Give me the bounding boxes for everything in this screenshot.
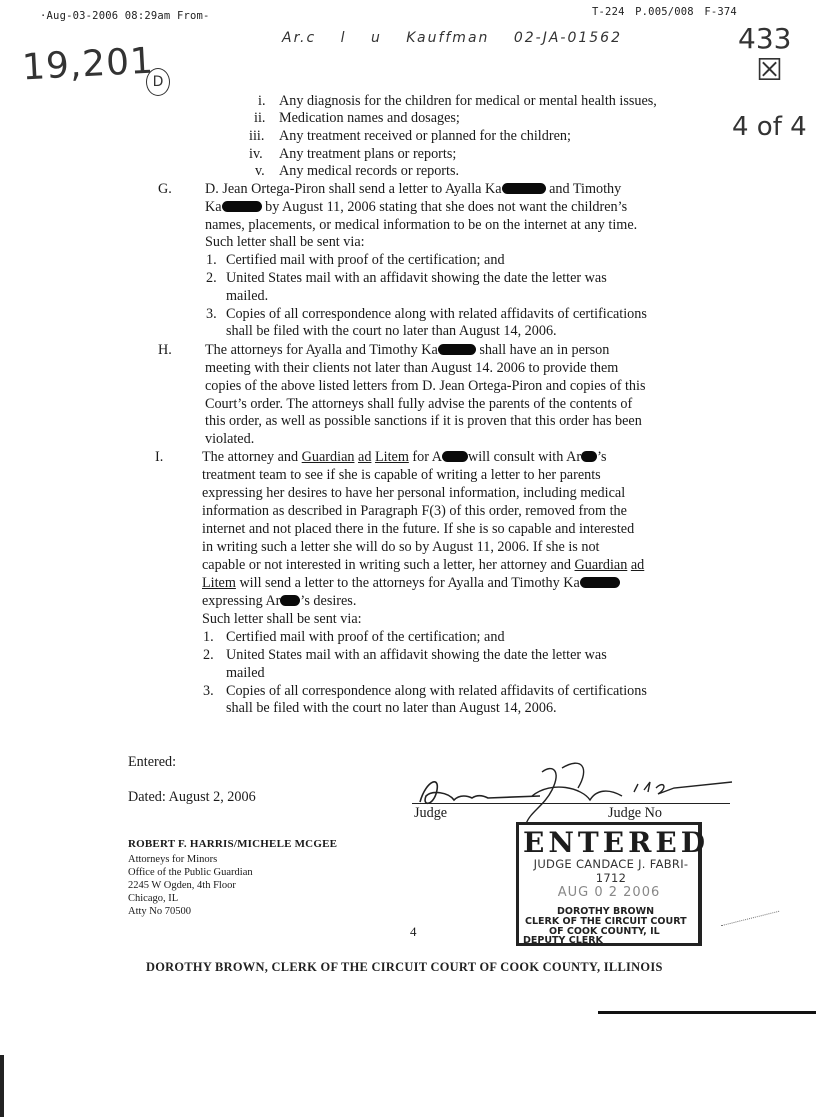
paragraph-line: Court’s order. The attorneys shall fully… bbox=[205, 396, 632, 413]
roman-num: iv. bbox=[249, 146, 263, 163]
paragraph-line: meeting with their clients not later tha… bbox=[205, 360, 618, 377]
handwritten-circled-letter: D bbox=[146, 68, 170, 96]
item-text: shall be filed with the court no later t… bbox=[226, 323, 557, 340]
stamp-clerk-line: DEPUTY CLERK bbox=[523, 936, 603, 946]
attorney-line: Attorneys for Minors bbox=[128, 853, 217, 866]
roman-num: iii. bbox=[249, 128, 264, 145]
roman-num: ii. bbox=[254, 110, 265, 127]
paragraph-line: in writing such a letter she will do so … bbox=[202, 539, 599, 556]
dated-label: Dated: August 2, 2006 bbox=[128, 789, 256, 806]
text: shall have an in person bbox=[476, 342, 610, 358]
paragraph-line: Such letter shall be sent via: bbox=[205, 234, 365, 251]
attorney-name: ROBERT F. HARRIS/MICHELE MCGEE bbox=[128, 838, 337, 850]
entered-label: Entered: bbox=[128, 754, 176, 771]
scan-edge bbox=[0, 1055, 4, 1117]
item-text: mailed bbox=[226, 665, 265, 682]
entered-stamp: ENTERED JUDGE CANDACE J. FABRI-1712 AUG … bbox=[516, 822, 702, 946]
item-text: Copies of all correspondence along with … bbox=[226, 306, 647, 323]
handwritten-record-number: 433 bbox=[738, 22, 791, 55]
paragraph-line: information as described in Paragraph F(… bbox=[202, 503, 627, 520]
text: will send a letter to the attorneys for … bbox=[236, 575, 580, 591]
redaction bbox=[580, 577, 620, 588]
text: Guardian bbox=[575, 557, 628, 573]
scan-rule bbox=[598, 1011, 816, 1014]
fax-header-right: T-224 P.005/008 F-374 bbox=[592, 6, 737, 18]
item-num: 1. bbox=[203, 629, 214, 646]
stamp-judge: JUDGE CANDACE J. FABRI-1712 bbox=[521, 857, 701, 885]
redaction bbox=[438, 344, 476, 355]
section-label: I. bbox=[155, 449, 163, 466]
paragraph-line: Ka by August 11, 2006 stating that she d… bbox=[205, 199, 627, 216]
handwritten-number: 19,201 bbox=[21, 41, 155, 89]
handwritten-page-count: 4 of 4 bbox=[732, 112, 807, 142]
paragraph-line: treatment team to see if she is capable … bbox=[202, 467, 601, 484]
redaction bbox=[280, 595, 300, 606]
redaction bbox=[222, 201, 262, 212]
text: The attorneys for Ayalla and Timothy Ka bbox=[205, 342, 438, 358]
clerk-footer: DOROTHY BROWN, CLERK OF THE CIRCUIT COUR… bbox=[146, 960, 663, 975]
handwritten-case-caption: Ar.c l u Kauffman 02-JA-01562 bbox=[282, 30, 622, 46]
paragraph-line: D. Jean Ortega-Piron shall send a letter… bbox=[205, 181, 621, 198]
text: ’s desires. bbox=[300, 593, 356, 609]
redaction bbox=[442, 451, 468, 462]
item-text: United States mail with an affidavit sho… bbox=[226, 270, 607, 287]
item-num: 2. bbox=[203, 647, 214, 664]
paragraph-line: violated. bbox=[205, 431, 254, 448]
paragraph-line: expressing Ar’s desires. bbox=[202, 593, 356, 610]
roman-item: Any treatment plans or reports; bbox=[279, 146, 456, 163]
paragraph-line: internet and not placed there in the fut… bbox=[202, 521, 634, 538]
scan-mark bbox=[721, 911, 779, 926]
attorney-line: Chicago, IL bbox=[128, 892, 178, 905]
handwritten-checkbox-icon: ☒ bbox=[756, 56, 783, 86]
text: The attorney and bbox=[202, 449, 302, 465]
item-text: Certified mail with proof of the certifi… bbox=[226, 252, 505, 269]
item-text: United States mail with an affidavit sho… bbox=[226, 647, 607, 664]
roman-item: Medication names and dosages; bbox=[279, 110, 460, 127]
paragraph-line: Such letter shall be sent via: bbox=[202, 611, 362, 628]
redaction bbox=[581, 451, 597, 462]
text: D. Jean Ortega-Piron shall send a letter… bbox=[205, 181, 502, 197]
paragraph-line: capable or not interested in writing suc… bbox=[202, 557, 644, 574]
roman-item: Any treatment received or planned for th… bbox=[279, 128, 571, 145]
roman-num: i. bbox=[258, 93, 266, 110]
paragraph-line: copies of the above listed letters from … bbox=[205, 378, 645, 395]
item-num: 3. bbox=[203, 683, 214, 700]
attorney-line: 2245 W Ogden, 4th Floor bbox=[128, 879, 236, 892]
text: capable or not interested in writing suc… bbox=[202, 557, 575, 573]
fax-header-left: ·Aug-03-2006 08:29am From- bbox=[40, 10, 210, 22]
item-num: 1. bbox=[206, 252, 217, 269]
signature-line bbox=[412, 803, 730, 804]
item-num: 2. bbox=[206, 270, 217, 287]
section-label: G. bbox=[158, 181, 172, 198]
judge-no-label: Judge No bbox=[608, 805, 662, 822]
paragraph-line: this order, as well as possible sanction… bbox=[205, 413, 642, 430]
page-number: 4 bbox=[410, 924, 417, 940]
text: Litem bbox=[375, 449, 409, 465]
text: Litem bbox=[202, 575, 236, 591]
item-text: Certified mail with proof of the certifi… bbox=[226, 629, 505, 646]
item-text: Copies of all correspondence along with … bbox=[226, 683, 647, 700]
paragraph-line: expressing her desires to have her perso… bbox=[202, 485, 625, 502]
text: will consult with Ar bbox=[468, 449, 581, 465]
judge-label: Judge bbox=[414, 805, 447, 822]
stamp-title: ENTERED bbox=[523, 829, 699, 857]
stamp-date: AUG 0 2 2006 bbox=[519, 885, 699, 900]
text: and Timothy bbox=[546, 181, 622, 197]
item-text: shall be filed with the court no later t… bbox=[226, 700, 557, 717]
redaction bbox=[502, 183, 546, 194]
roman-item: Any medical records or reports. bbox=[279, 163, 459, 180]
text: by August 11, 2006 stating that she does… bbox=[262, 199, 628, 215]
item-text: mailed. bbox=[226, 288, 268, 305]
paragraph-line: The attorneys for Ayalla and Timothy Ka … bbox=[205, 342, 609, 359]
text: ad bbox=[631, 557, 644, 573]
text: ’s bbox=[597, 449, 606, 465]
attorney-line: Atty No 70500 bbox=[128, 905, 191, 918]
paragraph-line: Litem will send a letter to the attorney… bbox=[202, 575, 620, 592]
roman-num: v. bbox=[255, 163, 265, 180]
roman-item: Any diagnosis for the children for medic… bbox=[279, 93, 657, 110]
paragraph-line: names, placements, or medical informatio… bbox=[205, 217, 637, 234]
attorney-line: Office of the Public Guardian bbox=[128, 866, 253, 879]
text: expressing Ar bbox=[202, 593, 280, 609]
text: ad bbox=[358, 449, 371, 465]
text: for A bbox=[409, 449, 442, 465]
text: Guardian bbox=[302, 449, 355, 465]
text: Ka bbox=[205, 199, 222, 215]
section-label: H. bbox=[158, 342, 172, 359]
item-num: 3. bbox=[206, 306, 217, 323]
paragraph-line: The attorney and Guardian ad Litem for A… bbox=[202, 449, 607, 466]
